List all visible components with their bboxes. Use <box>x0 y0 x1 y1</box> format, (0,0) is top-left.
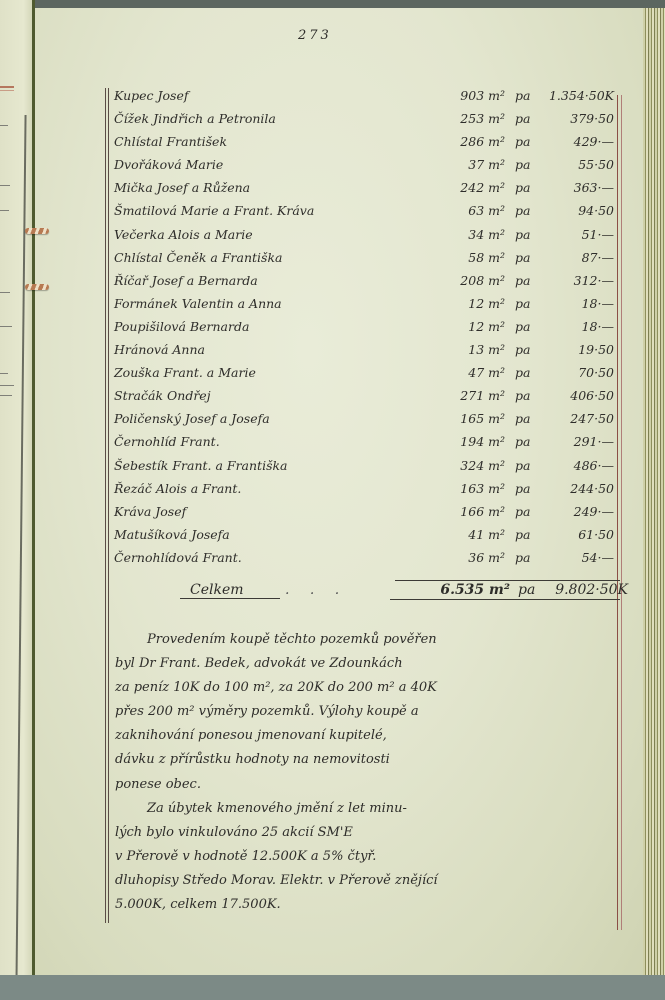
price-preposition: pa <box>515 180 530 195</box>
price-value: 87·— <box>540 250 614 265</box>
right-margin-rule <box>621 95 622 930</box>
list-item: Černohlíd Frant.194 m²pa291·— <box>110 432 615 455</box>
price-preposition: pa <box>515 481 530 496</box>
list-item: Matušíková Josefa41 m²pa61·50 <box>110 525 615 548</box>
price-value: 1.354·50K <box>540 88 614 103</box>
list-item: Chlístal Čeněk a Františka58 m²pa87·— <box>110 248 615 271</box>
list-item: Řezáč Alois a Frant.163 m²pa244·50 <box>110 479 615 502</box>
left-margin-rule <box>105 88 106 923</box>
paragraph-purchase-mandate: Provedením koupě těchto pozemků pověřen … <box>115 628 615 797</box>
price-preposition: pa <box>515 111 530 126</box>
left-page-handwriting-fragment <box>0 125 8 126</box>
page-stack-edges <box>643 8 665 976</box>
land-purchase-list: Kupec Josef903 m²pa1.354·50K Čížek Jindř… <box>110 86 615 571</box>
page-number: 273 <box>298 28 332 43</box>
paragraph-line: Za úbytek kmenového jmění z let minu- <box>115 797 615 821</box>
list-item: Šmatilová Marie a Frant. Kráva63 m²pa94·… <box>110 201 615 224</box>
left-page-handwriting-fragment <box>0 210 9 211</box>
paragraph-line: v Přerově v hodnotě 12.500K a 5% čtyř. <box>115 845 615 869</box>
price-value: 406·50 <box>540 388 614 403</box>
list-item: Formánek Valentin a Anna12 m²pa18·— <box>110 294 615 317</box>
binding-thread-loop <box>25 228 49 234</box>
owner-name: Řezáč Alois a Frant. <box>114 481 241 496</box>
list-item: Poličenský Josef a Josefa165 m²pa247·50 <box>110 409 615 432</box>
owner-name: Černohlídová Frant. <box>114 550 242 565</box>
price-value: 247·50 <box>540 411 614 426</box>
owner-name: Dvořáková Marie <box>114 157 223 172</box>
paragraph-line: ponese obec. <box>115 773 615 797</box>
list-item: Kupec Josef903 m²pa1.354·50K <box>110 86 615 109</box>
total-leader-dots: . . . <box>285 582 347 598</box>
red-ruling-mark <box>0 90 14 91</box>
total-label-underline <box>180 598 280 599</box>
price-preposition: pa <box>515 88 530 103</box>
paragraph-line: zaknihování ponesou jmenovaní kupitelé, <box>115 724 615 748</box>
scan-backdrop-top <box>0 0 665 8</box>
price-preposition: pa <box>515 458 530 473</box>
area-value: 34 m² <box>435 227 505 242</box>
price-preposition: pa <box>515 342 530 357</box>
owner-name: Chlístal František <box>114 134 227 149</box>
price-value: 291·— <box>540 434 614 449</box>
price-preposition: pa <box>515 411 530 426</box>
area-value: 165 m² <box>435 411 505 426</box>
area-value: 63 m² <box>435 203 505 218</box>
left-page-handwriting-fragment <box>0 373 8 374</box>
paragraph-line: Provedením koupě těchto pozemků pověřen <box>115 628 615 652</box>
list-item: Říčař Josef a Bernarda208 m²pa312·— <box>110 271 615 294</box>
total-price: 9.802·50K <box>540 582 628 598</box>
price-value: 244·50 <box>540 481 614 496</box>
area-value: 271 m² <box>435 388 505 403</box>
total-label: Celkem <box>190 582 244 598</box>
paragraph-line: dávku z přírůstku hodnoty na nemovitosti <box>115 748 615 772</box>
list-item: Stračák Ondřej271 m²pa406·50 <box>110 386 615 409</box>
price-preposition: pa <box>515 273 530 288</box>
price-value: 70·50 <box>540 365 614 380</box>
area-value: 58 m² <box>435 250 505 265</box>
binding-thread-loop <box>25 284 49 290</box>
paragraph-line: 5.000K, celkem 17.500K. <box>115 893 615 917</box>
list-item: Večerka Alois a Marie34 m²pa51·— <box>110 225 615 248</box>
list-item: Hránová Anna13 m²pa19·50 <box>110 340 615 363</box>
list-item: Čížek Jindřich a Petronila253 m²pa379·50 <box>110 109 615 132</box>
price-preposition: pa <box>515 388 530 403</box>
price-value: 18·— <box>540 296 614 311</box>
paragraph-line: dluhopisy Středo Morav. Elektr. v Přerov… <box>115 869 615 893</box>
scan-backdrop-bottom <box>0 975 665 1000</box>
price-preposition: pa <box>515 203 530 218</box>
owner-name: Šmatilová Marie a Frant. Kráva <box>114 203 314 218</box>
owner-name: Kupec Josef <box>114 88 188 103</box>
price-value: 363·— <box>540 180 614 195</box>
area-value: 13 m² <box>435 342 505 357</box>
owner-name: Poličenský Josef a Josefa <box>114 411 270 426</box>
total-top-rule <box>395 580 620 581</box>
area-value: 208 m² <box>435 273 505 288</box>
owner-name: Čížek Jindřich a Petronila <box>114 111 276 126</box>
paragraph-line: za peníz 10K do 100 m², za 20K do 200 m²… <box>115 676 615 700</box>
paragraph-line: byl Dr Frant. Bedek, advokát ve Zdounkác… <box>115 652 615 676</box>
owner-name: Formánek Valentin a Anna <box>114 296 282 311</box>
owner-name: Říčař Josef a Bernarda <box>114 273 258 288</box>
area-value: 47 m² <box>435 365 505 380</box>
area-value: 286 m² <box>435 134 505 149</box>
price-value: 312·— <box>540 273 614 288</box>
price-preposition: pa <box>515 434 530 449</box>
left-page-handwriting-fragment <box>0 385 14 386</box>
owner-name: Černohlíd Frant. <box>114 434 220 449</box>
list-item: Šebestík Frant. a Františka324 m²pa486·— <box>110 456 615 479</box>
right-margin-rule <box>617 95 618 930</box>
price-value: 55·50 <box>540 157 614 172</box>
area-value: 12 m² <box>435 319 505 334</box>
price-value: 94·50 <box>540 203 614 218</box>
price-preposition: pa <box>515 250 530 265</box>
left-page-handwriting-fragment <box>0 326 12 327</box>
area-value: 242 m² <box>435 180 505 195</box>
price-preposition: pa <box>515 296 530 311</box>
owner-name: Šebestík Frant. a Františka <box>114 458 288 473</box>
area-value: 194 m² <box>435 434 505 449</box>
owner-name: Mička Josef a Růžena <box>114 180 250 195</box>
area-value: 36 m² <box>435 550 505 565</box>
list-item: Mička Josef a Růžena242 m²pa363·— <box>110 178 615 201</box>
owner-name: Hránová Anna <box>114 342 205 357</box>
price-preposition: pa <box>515 504 530 519</box>
area-value: 37 m² <box>435 157 505 172</box>
price-value: 51·— <box>540 227 614 242</box>
price-value: 61·50 <box>540 527 614 542</box>
area-value: 253 m² <box>435 111 505 126</box>
list-item: Kráva Josef166 m²pa249·— <box>110 502 615 525</box>
price-value: 429·— <box>540 134 614 149</box>
price-preposition: pa <box>515 365 530 380</box>
area-value: 903 m² <box>435 88 505 103</box>
list-item: Zouška Frant. a Marie47 m²pa70·50 <box>110 363 615 386</box>
price-value: 379·50 <box>540 111 614 126</box>
left-page-handwriting-fragment <box>0 395 12 396</box>
price-preposition: pa <box>515 227 530 242</box>
price-value: 54·— <box>540 550 614 565</box>
price-preposition: pa <box>515 157 530 172</box>
area-value: 41 m² <box>435 527 505 542</box>
owner-name: Kráva Josef <box>114 504 186 519</box>
price-value: 18·— <box>540 319 614 334</box>
paragraph-capital-loss: Za úbytek kmenového jmění z let minu- lý… <box>115 797 615 917</box>
left-page-margin-rule <box>15 115 26 985</box>
price-value: 486·— <box>540 458 614 473</box>
area-value: 163 m² <box>435 481 505 496</box>
left-page-handwriting-fragment <box>0 185 10 186</box>
price-value: 249·— <box>540 504 614 519</box>
owner-name: Chlístal Čeněk a Františka <box>114 250 282 265</box>
total-underline <box>390 599 620 600</box>
owner-name: Večerka Alois a Marie <box>114 227 253 242</box>
red-ruling-mark <box>0 86 14 88</box>
total-row: Celkem . . . 6.535 m² pa 9.802·50K <box>110 582 620 604</box>
price-value: 19·50 <box>540 342 614 357</box>
owner-name: Zouška Frant. a Marie <box>114 365 256 380</box>
list-item: Černohlídová Frant.36 m²pa54·— <box>110 548 615 571</box>
owner-name: Matušíková Josefa <box>114 527 230 542</box>
total-area: 6.535 m² <box>400 582 510 598</box>
owner-name: Poupišilová Bernarda <box>114 319 249 334</box>
list-item: Chlístal František286 m²pa429·— <box>110 132 615 155</box>
price-preposition: pa <box>515 527 530 542</box>
area-value: 166 m² <box>435 504 505 519</box>
paragraph-line: přes 200 m² výměry pozemků. Výlohy koupě… <box>115 700 615 724</box>
price-preposition: pa <box>515 550 530 565</box>
price-preposition: pa <box>518 582 535 598</box>
list-item: Poupišilová Bernarda12 m²pa18·— <box>110 317 615 340</box>
price-preposition: pa <box>515 134 530 149</box>
area-value: 324 m² <box>435 458 505 473</box>
left-page-handwriting-fragment <box>0 292 10 293</box>
owner-name: Stračák Ondřej <box>114 388 211 403</box>
left-margin-rule <box>108 88 109 923</box>
price-preposition: pa <box>515 319 530 334</box>
area-value: 12 m² <box>435 296 505 311</box>
paragraph-line: lých bylo vinkulováno 25 akcií SM'E <box>115 821 615 845</box>
list-item: Dvořáková Marie37 m²pa55·50 <box>110 155 615 178</box>
left-page-edge <box>0 0 34 985</box>
